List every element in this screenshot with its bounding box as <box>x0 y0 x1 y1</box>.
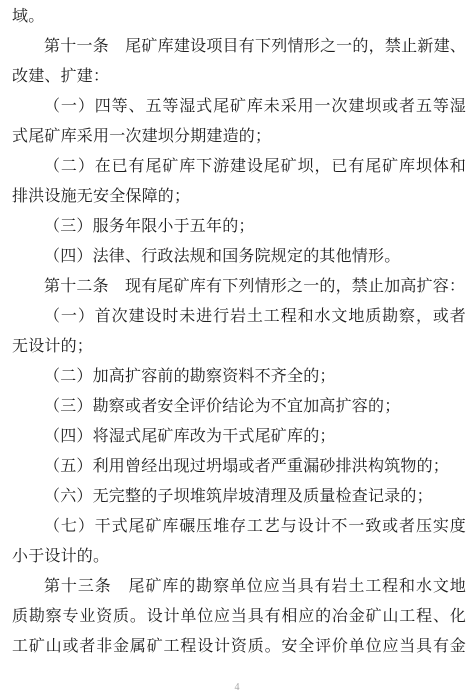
text-line: （一）四等、五等湿式尾矿库未采用一次建坝或者五等湿 <box>12 92 466 122</box>
text-line-article-11: 第十一条 尾矿库建设项目有下列情形之一的，禁止新建、 <box>12 32 466 62</box>
text-line: 改建、扩建： <box>12 62 466 92</box>
text-line: 域。 <box>12 2 466 32</box>
text-line: 小于设计的。 <box>12 542 466 572</box>
text-line: （二）在已有尾矿库下游建设尾矿坝，已有尾矿库坝体和 <box>12 152 466 182</box>
text-line: （四）法律、行政法规和国务院规定的其他情形。 <box>12 242 466 272</box>
text-line: （五）利用曾经出现过坍塌或者严重漏砂排洪构筑物的； <box>12 452 466 482</box>
document-page: 域。 第十一条 尾矿库建设项目有下列情形之一的，禁止新建、 改建、扩建： （一）… <box>0 0 474 699</box>
text-line: （七）干式尾矿库碾压堆存工艺与设计不一致或者压实度 <box>12 512 466 542</box>
text-line: 排洪设施无安全保障的； <box>12 182 466 212</box>
text-line: 式尾矿库采用一次建坝分期建造的； <box>12 122 466 152</box>
text-line: 工矿山或者非金属矿工程设计资质。安全评价单位应当具有金 <box>12 632 466 662</box>
text-line: （六）无完整的子坝堆筑岸坡清理及质量检查记录的； <box>12 482 466 512</box>
text-line: 无设计的； <box>12 332 466 362</box>
text-line: （二）加高扩容前的勘察资料不齐全的； <box>12 362 466 392</box>
text-line: （一）首次建设时未进行岩土工程和水文地质勘察，或者 <box>12 302 466 332</box>
text-line-article-13: 第十三条 尾矿库的勘察单位应当具有岩土工程和水文地 <box>12 572 466 602</box>
text-line: （三）勘察或者安全评价结论为不宜加高扩容的； <box>12 392 466 422</box>
text-line: （三）服务年限小于五年的； <box>12 212 466 242</box>
page-number: 4 <box>235 682 240 693</box>
text-line: （四）将湿式尾矿库改为干式尾矿库的； <box>12 422 466 452</box>
text-line: 质勘察专业资质。设计单位应当具有相应的冶金矿山工程、化 <box>12 602 466 632</box>
document-body-text: 域。 第十一条 尾矿库建设项目有下列情形之一的，禁止新建、 改建、扩建： （一）… <box>12 2 466 662</box>
page-footer: 4 <box>0 677 474 695</box>
text-line-article-12: 第十二条 现有尾矿库有下列情形之一的，禁止加高扩容： <box>12 272 466 302</box>
